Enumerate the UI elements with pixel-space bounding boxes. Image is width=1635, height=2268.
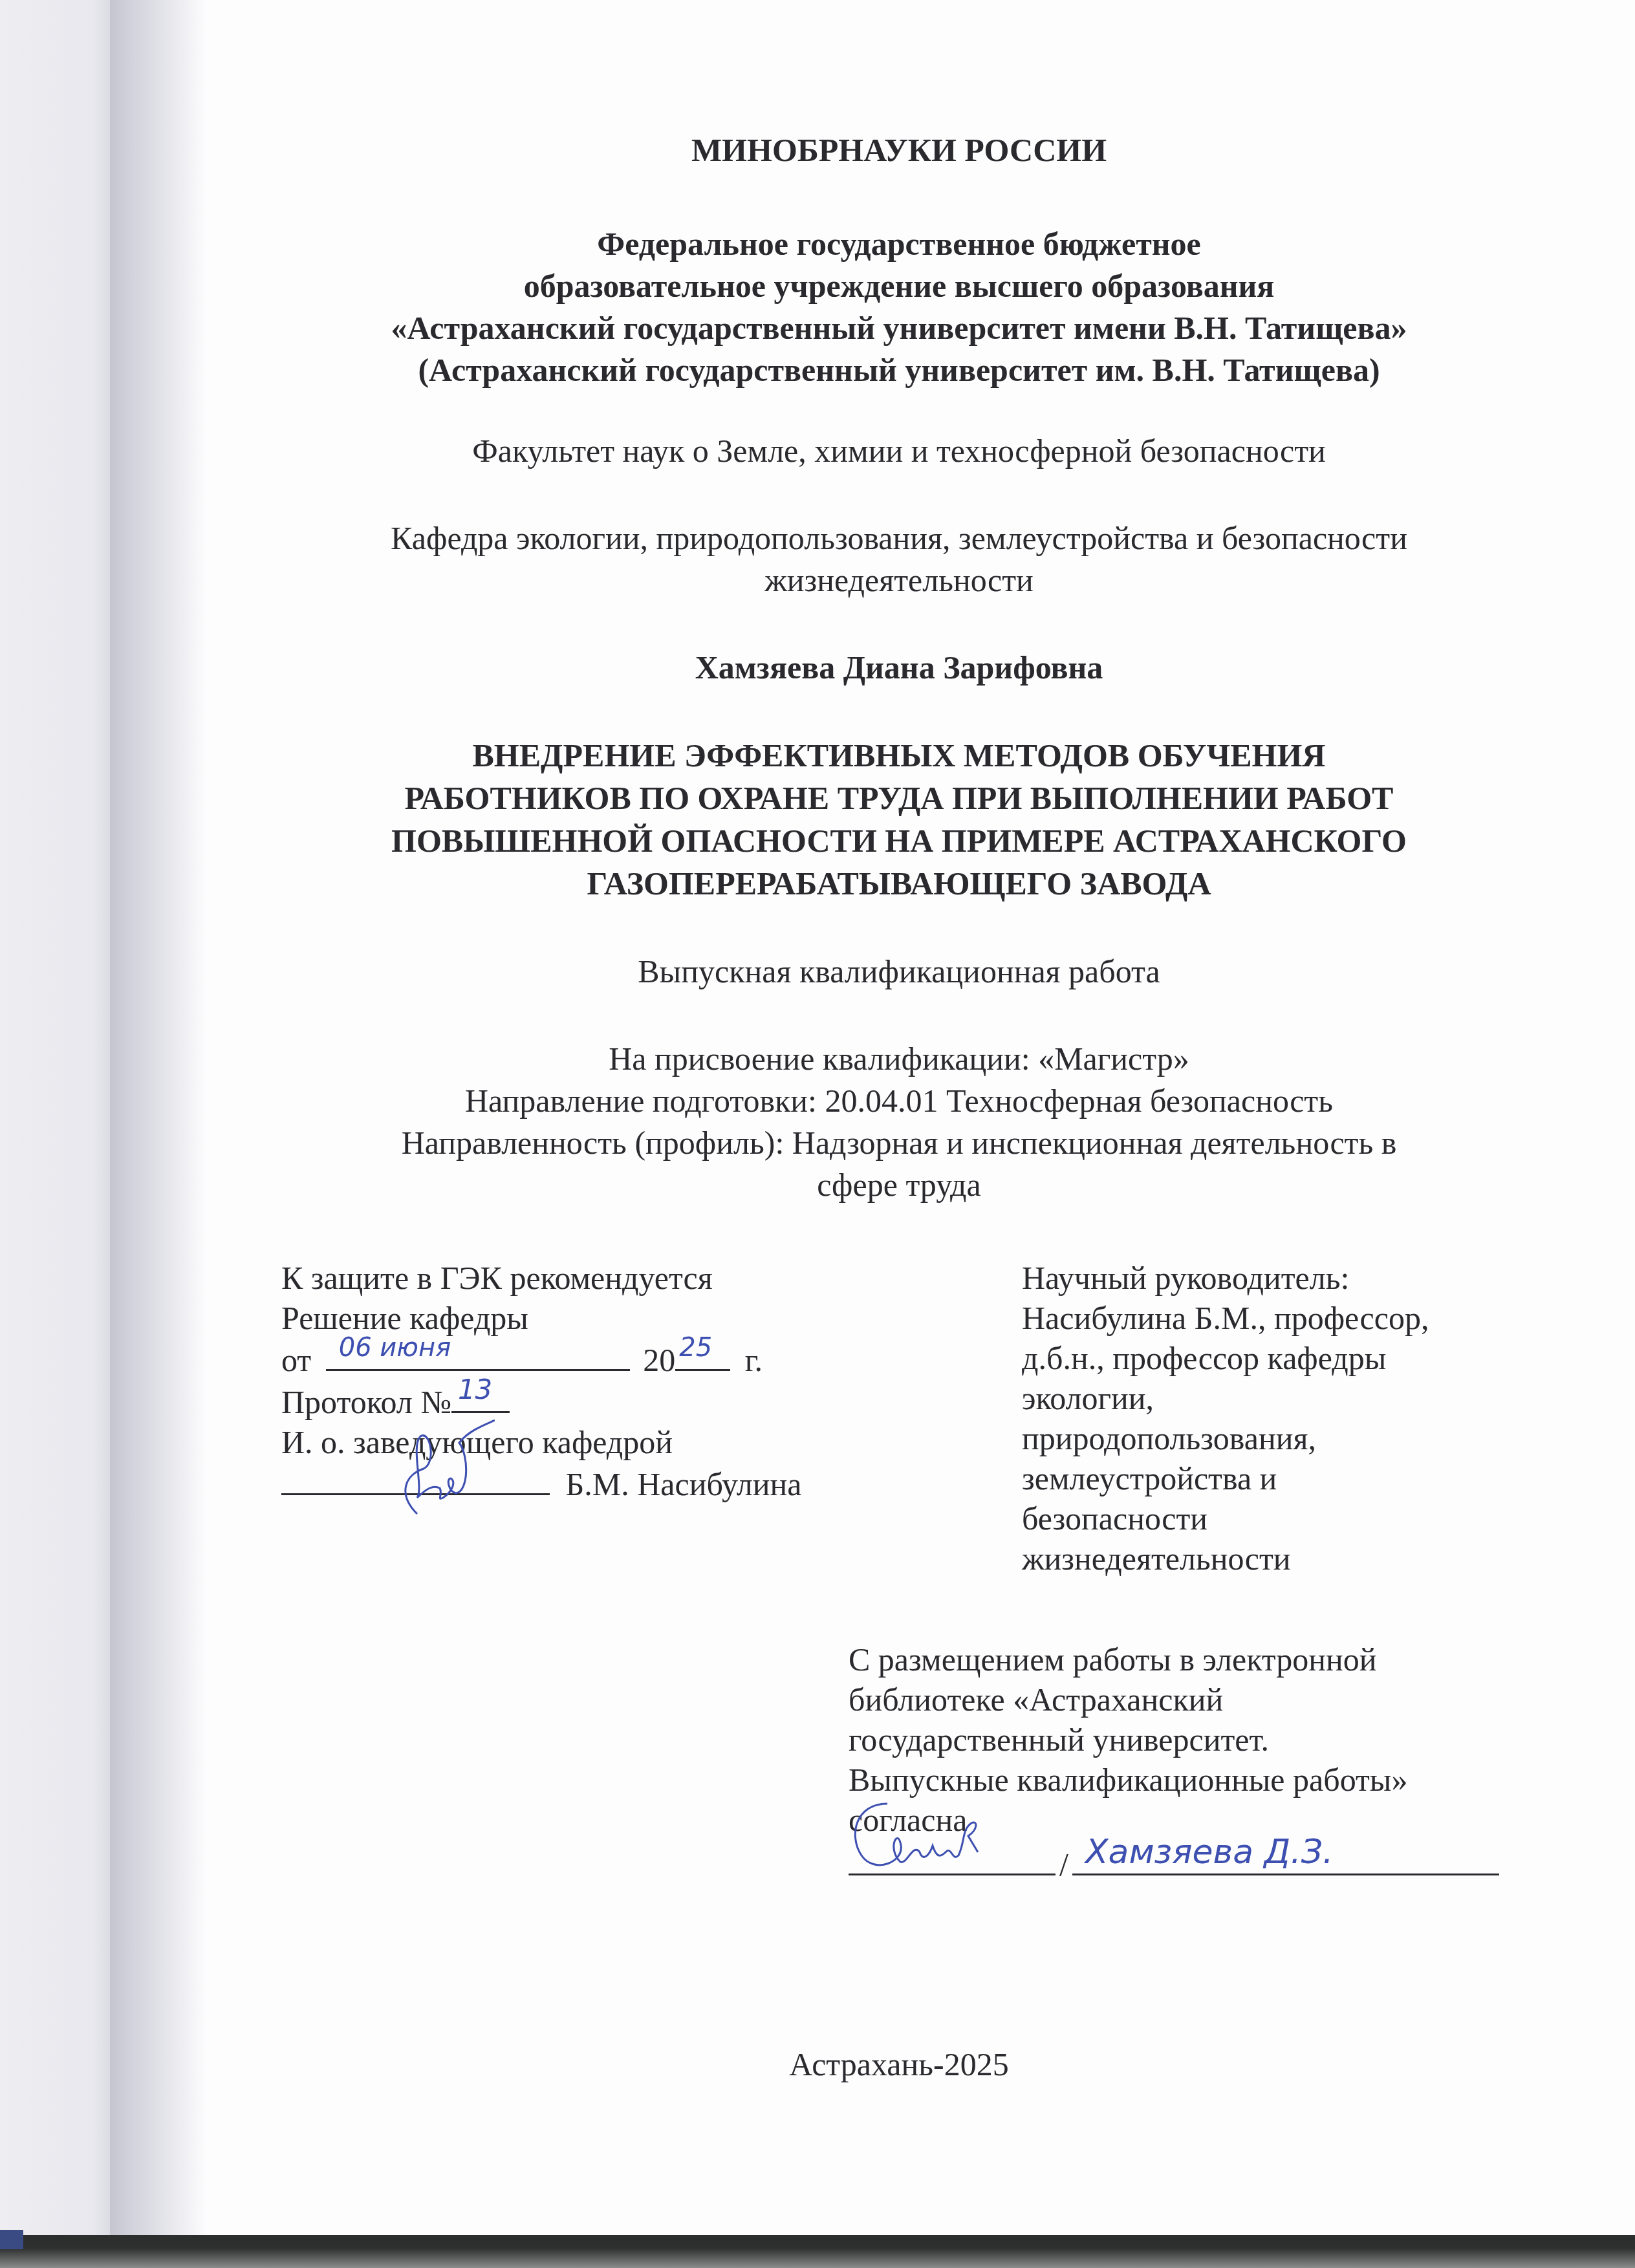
supervisor-line: экологии,: [1022, 1378, 1526, 1418]
year-suffix: г.: [745, 1342, 763, 1378]
consent-line: Выпускные квалификационные работы»: [849, 1760, 1528, 1800]
student-signature-field[interactable]: [849, 1842, 1056, 1875]
date-prefix: от: [281, 1342, 311, 1378]
title-page: МИНОБРНАУКИ РОССИИ Федеральное государст…: [0, 0, 1635, 2235]
supervisor-line: землеустройства и: [1022, 1458, 1526, 1498]
thesis-title-line: РАБОТНИКОВ ПО ОХРАНЕ ТРУДА ПРИ ВЫПОЛНЕНИ…: [272, 777, 1526, 819]
consent-signature-row: / Хамзяева Д.З.: [849, 1842, 1528, 1885]
qualification-line: Направленность (профиль): Надзорная и ин…: [272, 1122, 1526, 1164]
head-name: Б.М. Насибулина: [566, 1466, 802, 1502]
head-signature-field[interactable]: [281, 1462, 550, 1495]
year-field[interactable]: 25: [675, 1338, 730, 1371]
institution-block: Федеральное государственное бюджетное об…: [272, 223, 1526, 391]
date-handwritten: 06 июня: [339, 1328, 451, 1368]
author-name: Хамзяева Диана Зарифовна: [272, 647, 1526, 689]
supervisor-block: Научный руководитель: Насибулина Б.М., п…: [1022, 1258, 1526, 1579]
thesis-title-line: ВНЕДРЕНИЕ ЭФФЕКТИВНЫХ МЕТОДОВ ОБУЧЕНИЯ: [272, 734, 1526, 777]
scan-binding-cover: [0, 2230, 23, 2249]
approval-recommend: К защите в ГЭК рекомендуется: [281, 1258, 863, 1298]
approval-block: К защите в ГЭК рекомендуется Решение каф…: [281, 1258, 863, 1504]
consent-line: С размещением работы в электронной: [849, 1639, 1528, 1679]
department-line: Кафедра экологии, природопользования, зе…: [272, 517, 1526, 559]
protocol-row: Протокол № 13: [281, 1380, 863, 1422]
scan-bottom-edge: [0, 2235, 1635, 2268]
ministry-name: МИНОБРНАУКИ РОССИИ: [272, 129, 1526, 171]
head-label: И. о. заведующего кафедрой: [281, 1422, 863, 1462]
protocol-label: Протокол №: [281, 1384, 451, 1420]
supervisor-line: Научный руководитель:: [1022, 1258, 1526, 1298]
institution-line: «Астраханский государственный университе…: [272, 307, 1526, 349]
supervisor-line: безопасности: [1022, 1498, 1526, 1539]
head-signature-row: Б.М. Насибулина: [281, 1462, 863, 1504]
protocol-field[interactable]: 13: [451, 1380, 510, 1413]
protocol-handwritten: 13: [458, 1370, 492, 1410]
institution-line: Федеральное государственное бюджетное: [272, 223, 1526, 265]
year-handwritten: 25: [679, 1328, 712, 1368]
thesis-title-line: ПОВЫШЕННОЙ ОПАСНОСТИ НА ПРИМЕРЕ АСТРАХАН…: [272, 819, 1526, 862]
work-type-block: Выпускная квалификационная работа: [272, 951, 1526, 993]
student-name-handwritten: Хамзяева Д.З.: [1085, 1832, 1334, 1872]
qualification-block: На присвоение квалификации: «Магистр» На…: [272, 1038, 1526, 1206]
supervisor-line: д.б.н., профессор кафедры: [1022, 1338, 1526, 1378]
qualification-line: На присвоение квалификации: «Магистр»: [272, 1038, 1526, 1080]
consent-line: государственный университет.: [849, 1720, 1528, 1760]
student-name-field[interactable]: Хамзяева Д.З.: [1072, 1842, 1499, 1875]
thesis-title-line: ГАЗОПЕРЕРАБАТЫВАЮЩЕГО ЗАВОДА: [272, 862, 1526, 905]
institution-line: (Астраханский государственный университе…: [272, 349, 1526, 391]
consent-line: библиотеке «Астраханский: [849, 1679, 1528, 1720]
date-field[interactable]: 06 июня: [326, 1338, 630, 1371]
department-block: Кафедра экологии, природопользования, зе…: [272, 517, 1526, 601]
thesis-title: ВНЕДРЕНИЕ ЭФФЕКТИВНЫХ МЕТОДОВ ОБУЧЕНИЯ Р…: [272, 734, 1526, 905]
footer-block: Астрахань-2025: [272, 2044, 1526, 2086]
year-prefix: 20: [643, 1342, 675, 1378]
signature-separator: /: [1059, 1846, 1068, 1883]
supervisor-line: природопользования,: [1022, 1418, 1526, 1458]
institution-line: образовательное учреждение высшего образ…: [272, 265, 1526, 307]
faculty-block: Факультет наук о Земле, химии и техносфе…: [272, 430, 1526, 472]
city-year: Астрахань-2025: [272, 2044, 1526, 2086]
qualification-line: Направление подготовки: 20.04.01 Техносф…: [272, 1080, 1526, 1122]
approval-date-row: от 06 июня 20 25 г.: [281, 1338, 863, 1380]
ministry-heading: МИНОБРНАУКИ РОССИИ: [272, 129, 1526, 171]
supervisor-line: Насибулина Б.М., профессор,: [1022, 1298, 1526, 1338]
qualification-line: сфере труда: [272, 1164, 1526, 1206]
department-line: жизнедеятельности: [272, 559, 1526, 601]
faculty-name: Факультет наук о Земле, химии и техносфе…: [272, 430, 1526, 472]
work-type: Выпускная квалификационная работа: [272, 951, 1526, 993]
consent-block: С размещением работы в электронной библи…: [849, 1639, 1528, 1885]
supervisor-line: жизнедеятельности: [1022, 1539, 1526, 1579]
author-block: Хамзяева Диана Зарифовна: [272, 647, 1526, 689]
